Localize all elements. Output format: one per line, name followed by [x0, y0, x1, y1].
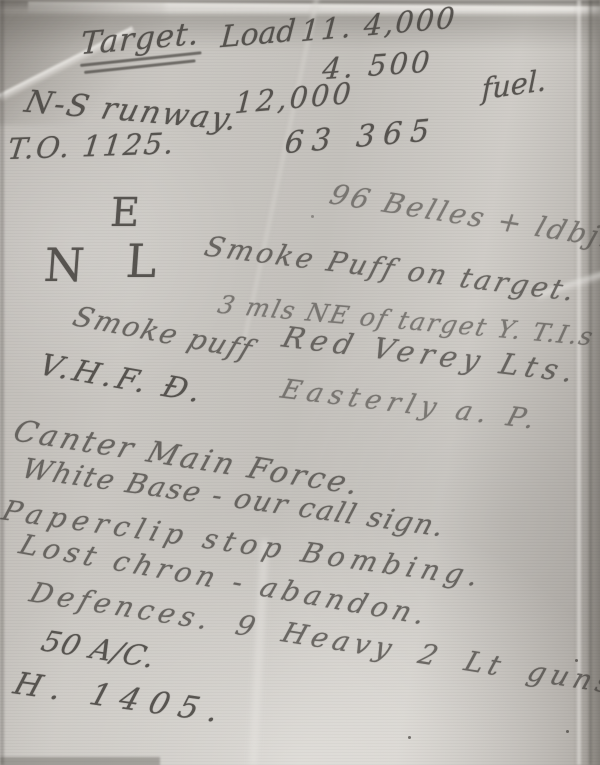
note-line-takeoff: T.O. 1125. — [6, 126, 178, 166]
handwritten-note-photo: Target. Load 11. 4,000 4. 500 N-S runway… — [0, 0, 600, 765]
paper-speck — [311, 215, 314, 218]
note-line-load-label: Load — [220, 13, 297, 55]
note-letter-n: N — [42, 238, 86, 292]
note-letter-e: E — [109, 190, 141, 236]
paper-speck — [566, 730, 569, 733]
note-letter-l: L — [124, 234, 158, 288]
paper-speck — [408, 736, 411, 739]
